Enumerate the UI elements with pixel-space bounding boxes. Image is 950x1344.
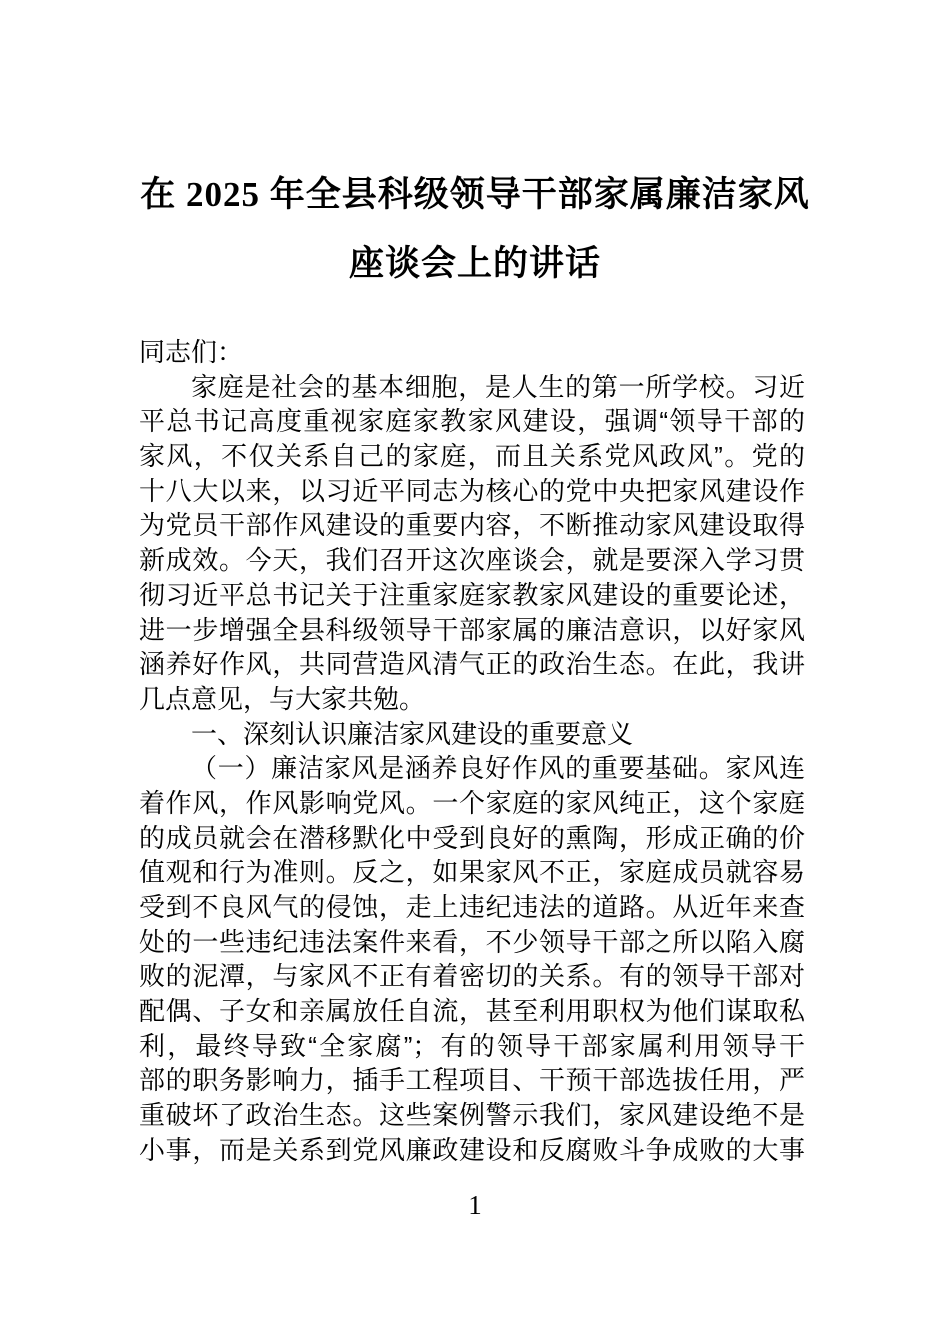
body-line: 为党员干部作风建设的重要内容，不断推动家风建设取得 <box>139 508 805 543</box>
body-line: （一）廉洁家风是涵养良好作风的重要基础。家风连 <box>139 751 805 786</box>
body-line: 着作风，作风影响党风。一个家庭的家风纯正，这个家庭 <box>139 786 805 821</box>
body-line: 败的泥潭，与家风不正有着密切的关系。有的领导干部对 <box>139 959 805 994</box>
document-title: 在 2025 年全县科级领导干部家属廉洁家风 座谈会上的讲话 <box>0 0 950 298</box>
body-line: 小事，而是关系到党风廉政建设和反腐败斗争成败的大事 <box>139 1133 805 1168</box>
body-line: 十八大以来，以习近平同志为核心的党中央把家风建设作 <box>139 474 805 509</box>
body-line: 受到不良风气的侵蚀，走上违纪违法的道路。从近年来查 <box>139 890 805 925</box>
body-line: 同志们： <box>139 335 805 370</box>
page-number: 1 <box>0 1190 950 1221</box>
document-title-line-2: 座谈会上的讲话 <box>0 229 950 298</box>
body-line: 处的一些违纪违法案件来看，不少领导干部之所以陷入腐 <box>139 925 805 960</box>
body-line: 部的职务影响力，插手工程项目、干预干部选拔任用，严 <box>139 1063 805 1098</box>
document-page: 在 2025 年全县科级领导干部家属廉洁家风 座谈会上的讲话 同志们：家庭是社会… <box>0 0 950 1344</box>
body-line: 几点意见，与大家共勉。 <box>139 682 805 717</box>
body-line: 一、深刻认识廉洁家风建设的重要意义 <box>139 717 805 752</box>
body-line: 彻习近平总书记关于注重家庭家教家风建设的重要论述， <box>139 578 805 613</box>
body-line: 利，最终导致“全家腐”；有的领导干部家属利用领导干 <box>139 1029 805 1064</box>
document-title-line-1: 在 2025 年全县科级领导干部家属廉洁家风 <box>0 160 950 229</box>
body-line: 值观和行为准则。反之，如果家风不正，家庭成员就容易 <box>139 855 805 890</box>
body-line: 进一步增强全县科级领导干部家属的廉洁意识，以好家风 <box>139 613 805 648</box>
body-line: 新成效。今天，我们召开这次座谈会，就是要深入学习贯 <box>139 543 805 578</box>
body-line: 家庭是社会的基本细胞，是人生的第一所学校。习近 <box>139 370 805 405</box>
body-line: 重破坏了政治生态。这些案例警示我们，家风建设绝不是 <box>139 1098 805 1133</box>
document-body: 同志们：家庭是社会的基本细胞，是人生的第一所学校。习近平总书记高度重视家庭家教家… <box>139 335 805 1168</box>
body-line: 配偶、子女和亲属放任自流，甚至利用职权为他们谋取私 <box>139 994 805 1029</box>
body-line: 涵养好作风，共同营造风清气正的政治生态。在此，我讲 <box>139 647 805 682</box>
body-line: 平总书记高度重视家庭家教家风建设，强调“领导干部的 <box>139 404 805 439</box>
body-line: 的成员就会在潜移默化中受到良好的熏陶，形成正确的价 <box>139 821 805 856</box>
body-line: 家风，不仅关系自己的家庭，而且关系党风政风”。党的 <box>139 439 805 474</box>
